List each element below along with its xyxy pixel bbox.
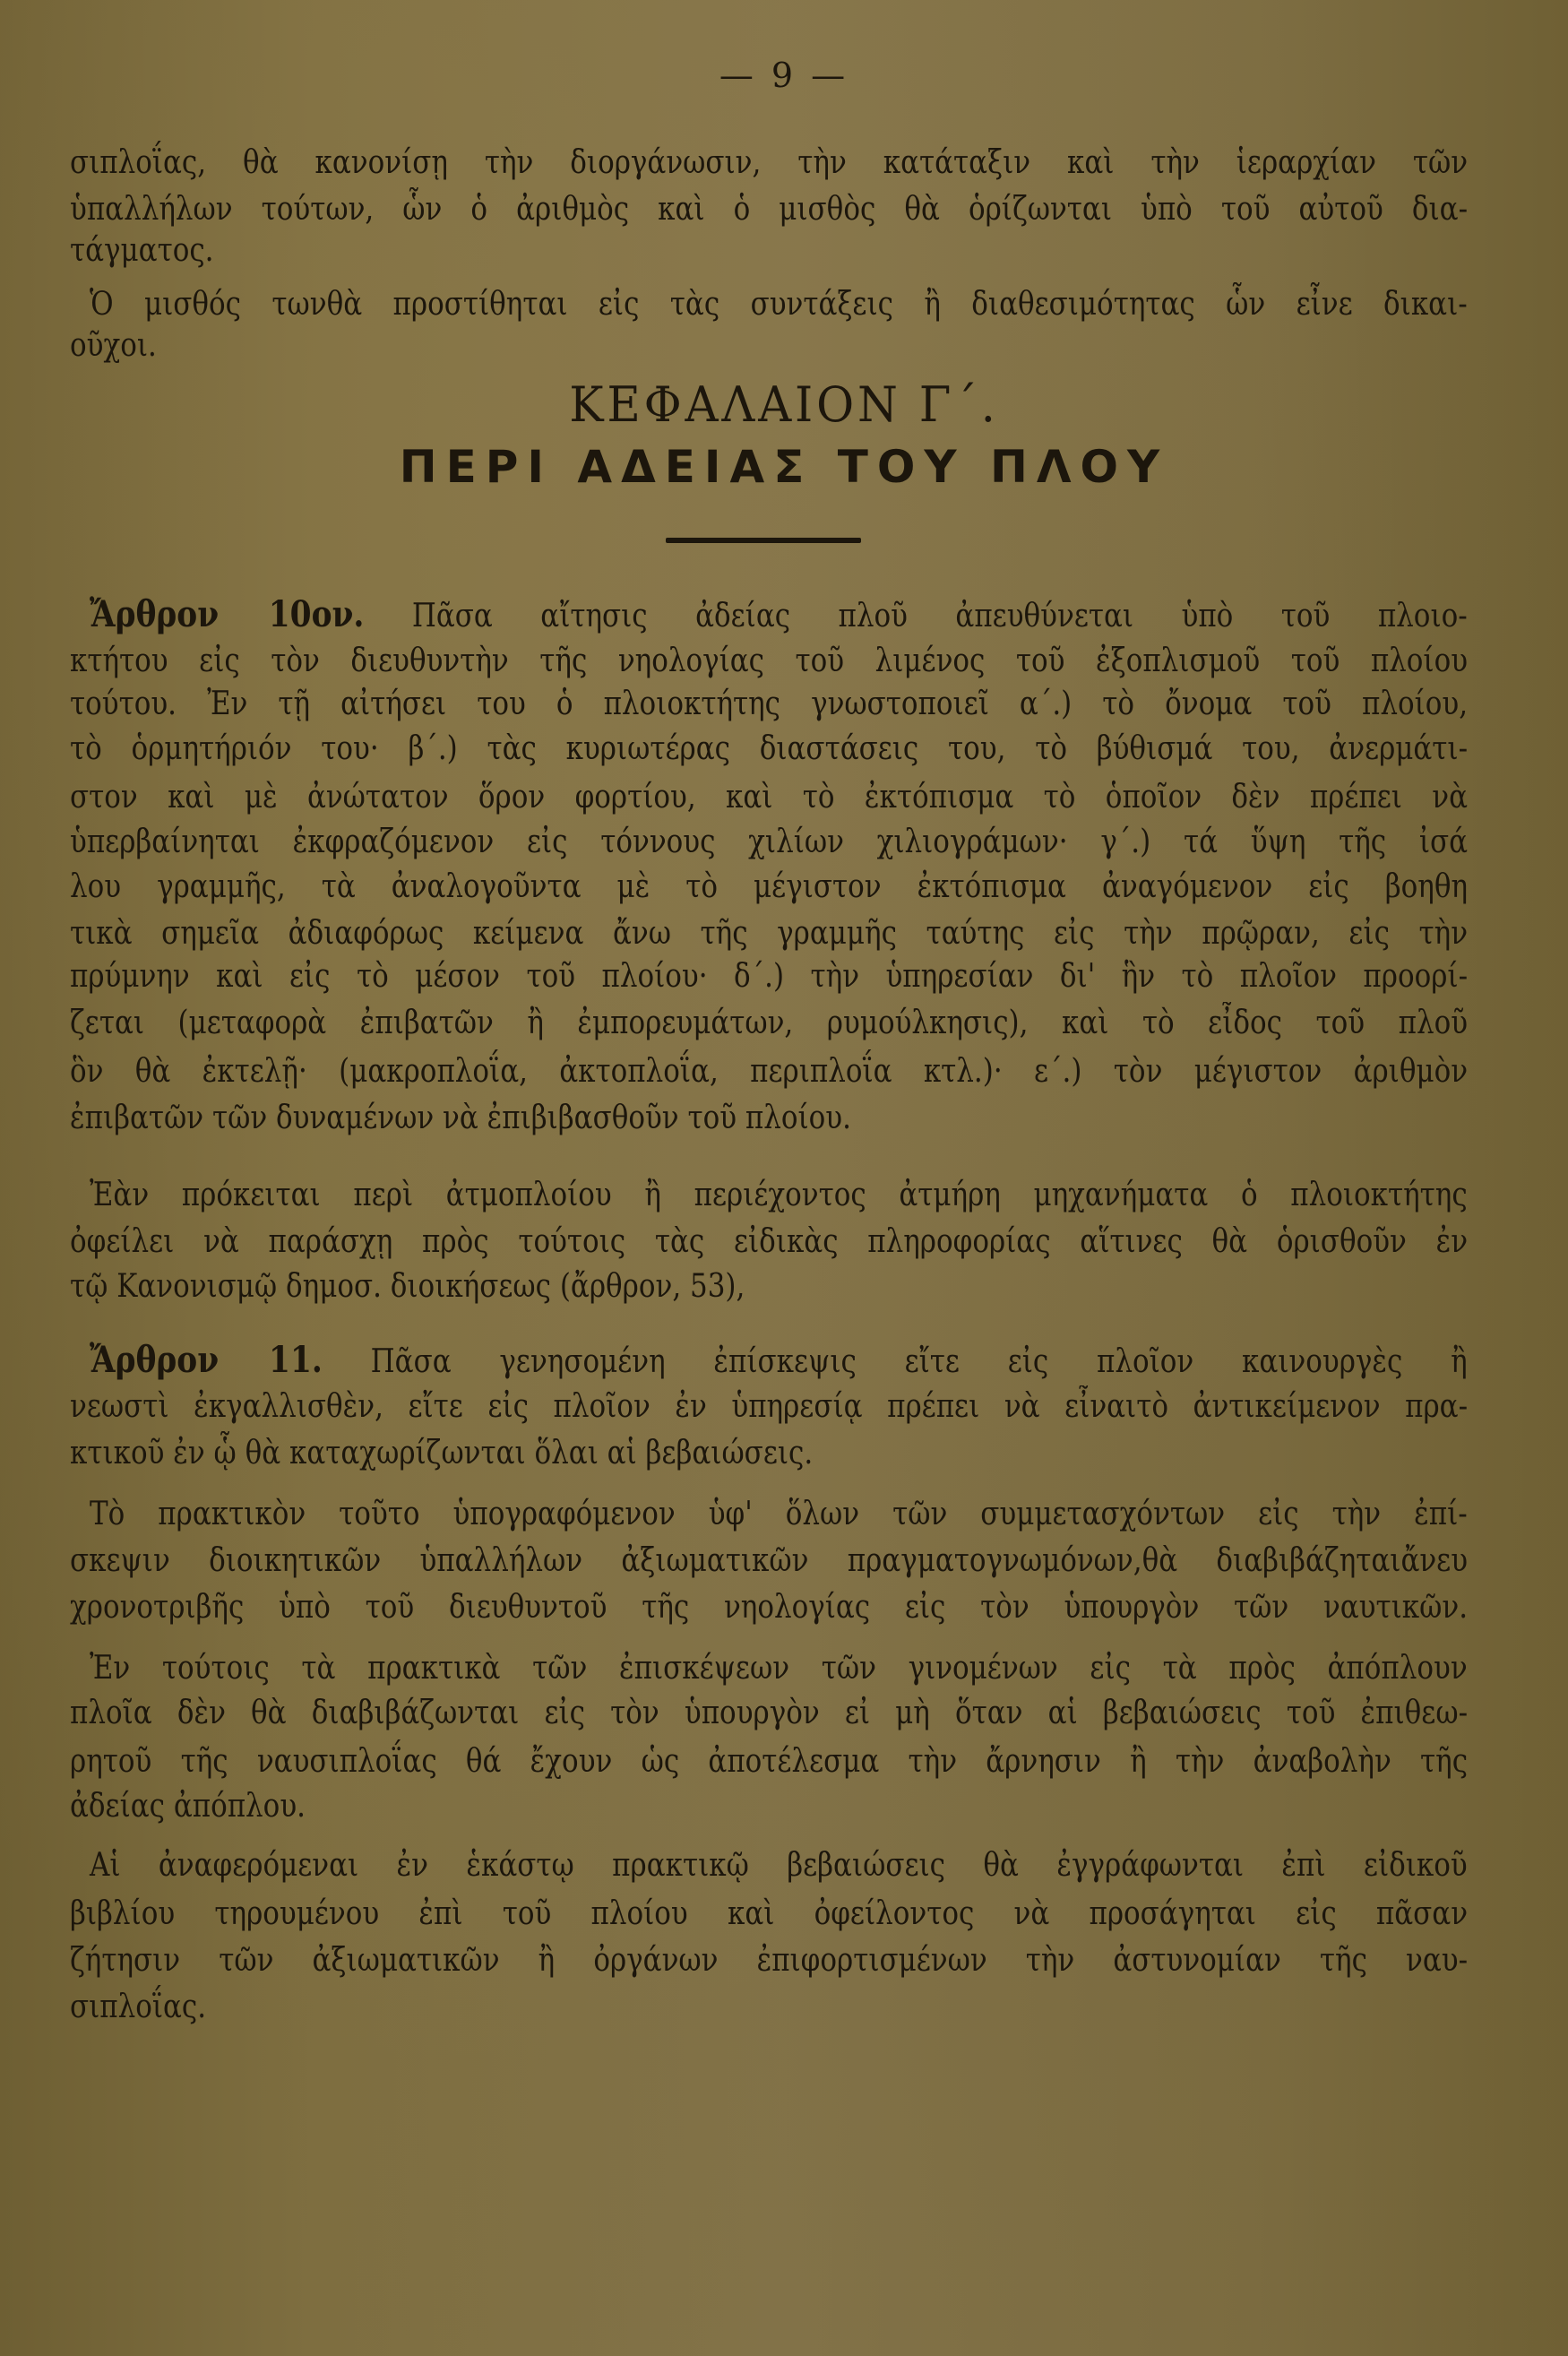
text-line: τῷ Κανονισμῷ δημοσ. διοικήσεως (ἄρθρον, … [70,1267,1468,1307]
text-line: τὸ ὁρμητήριόν του· β΄.) τὰς κυριωτέρας δ… [70,729,1468,769]
text-line: ζήτησιν τῶν ἀξιωματικῶν ἢ ὀργάνων ἐπιφορ… [70,1941,1468,1981]
text-line: Ὁ μισθός τωνθὰ προστίθηται εἰς τὰς συντά… [90,285,1468,324]
article-10-first-line: Ἄρθρον 10ον. Πᾶσα αἴτησις ἀδείας πλοῦ ἀπ… [90,595,1468,636]
text-line: βιβλίου τηρουμένου ἐπὶ τοῦ πλοίου καὶ ὀφ… [70,1894,1468,1934]
text-line: Αἱ ἀναφερόμεναι ἐν ἑκάστῳ πρακτικῷ βεβαι… [90,1846,1468,1886]
text-span: Πᾶσα αἴτησις ἀδείας πλοῦ ἀπευθύνεται ὑπὸ… [412,598,1468,634]
text-line: τάγματος. [70,231,1468,271]
text-line: σιπλοΐας, θὰ κανονίσῃ τὴν διοργάνωσιν, τ… [70,143,1468,183]
text-line: σιπλοΐας. [70,1988,1468,2027]
text-line: Τὸ πρακτικὸν τοῦτο ὑπογραφόμενον ὑφ' ὅλω… [90,1495,1468,1534]
text-line: Ἐν τούτοις τὰ πρακτικὰ τῶν ἐπισκέψεων τῶ… [90,1649,1468,1688]
text-line: τικὰ σημεῖα ἀδιαφόρως κείμενα ἄνω τῆς γρ… [70,914,1468,954]
page-number: — 9 — [0,56,1568,95]
text-line: ἀδείας ἀπόπλου. [70,1787,1468,1826]
text-line: κτικοῦ ἐν ᾧ θὰ καταχωρίζωνται ὅλαι αἱ βε… [70,1434,1468,1473]
text-span: Πᾶσα γενησομένη ἐπίσκεψις εἴτε εἰς πλοῖο… [371,1343,1468,1380]
chapter-title: ΚΕΦΑΛΑΙΟΝ Γ΄. [39,376,1529,433]
text-line: ὀφείλει νὰ παράσχῃ πρὸς τούτοις τὰς εἰδι… [70,1222,1468,1262]
article-11-heading: Ἄρθρον 11. [90,1339,323,1381]
article-11-first-line: Ἄρθρον 11. Πᾶσα γενησομένη ἐπίσκεψις εἴτ… [90,1341,1468,1382]
text-line: κτήτου εἰς τὸν διευθυντὴν τῆς νηολογίας … [70,642,1468,681]
text-line: σκεψιν διοικητικῶν ὑπαλλήλων ἀξιωματικῶν… [70,1541,1468,1581]
text-line: πρύμνην καὶ εἰς τὸ μέσον τοῦ πλοίου· δ΄.… [70,957,1468,997]
text-line: πλοῖα δὲν θὰ διαβιβάζωνται εἰς τὸν ὑπουρ… [70,1694,1468,1733]
text-line: ρητοῦ τῆς ναυσιπλοΐας θά ἔχουν ὡς ἀποτέλ… [70,1742,1468,1782]
text-line: νεωστὶ ἐκγαλλισθὲν, εἴτε εἰς πλοῖον ἐν ὑ… [70,1387,1468,1427]
chapter-subtitle: ΠΕΡΙ ΑΔΕΙΑΣ ΤΟΥ ΠΛΟΥ [0,441,1568,493]
article-10-heading: Ἄρθρον 10ον. [90,593,364,635]
text-line: ἐπιβατῶν τῶν δυναμένων νὰ ἐπιβιβασθοῦν τ… [70,1099,1468,1138]
text-line: ὑπαλλήλων τούτων, ὧν ὁ ἀριθμὸς καὶ ὁ μισ… [70,190,1468,229]
text-line: ὃν θὰ ἐκτελῇ· (μακροπλοΐα, ἀκτοπλοΐα, πε… [70,1052,1468,1092]
text-line: ὑπερβαίνηται ἐκφραζόμενον εἰς τόννους χι… [70,823,1468,862]
scanned-page: — 9 — σιπλοΐας, θὰ κανονίσῃ τὴν διοργάνω… [0,0,1568,2356]
text-line: χρονοτριβῆς ὑπὸ τοῦ διευθυντοῦ τῆς νηολο… [70,1588,1468,1627]
divider-rule [666,538,861,543]
text-line: Ἐὰν πρόκειται περὶ ἀτμοπλοίου ἢ περιέχον… [90,1176,1468,1215]
text-line: λου γραμμῆς, τὰ ἀναλογοῦντα μὲ τὸ μέγιστ… [70,867,1468,907]
text-line: στον καὶ μὲ ἀνώτατον ὅρον φορτίου, καὶ τ… [70,778,1468,817]
text-line: οῦχοι. [70,326,1468,366]
text-line: τούτου. Ἐν τῇ αἰτήσει του ὁ πλοιοκτήτης … [70,685,1468,724]
text-line: ζεται (μεταφορὰ ἐπιβατῶν ἢ ἐμπορευμάτων,… [70,1004,1468,1043]
